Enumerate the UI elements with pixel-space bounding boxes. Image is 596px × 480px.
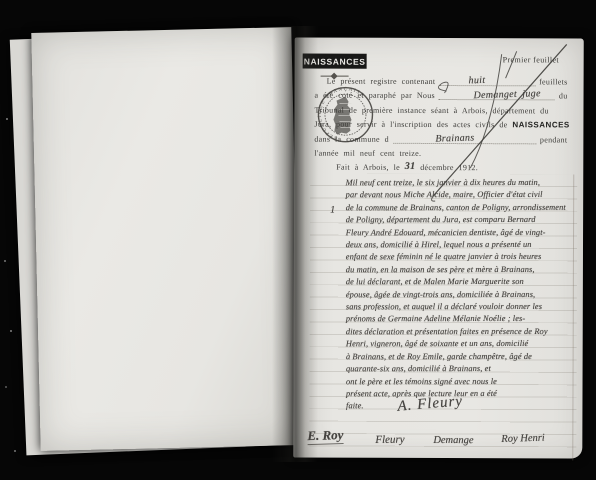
witness-signature-2: Demange (433, 435, 473, 446)
act-body-text: Mil neuf cent treize, le six janvier à d… (346, 177, 575, 413)
act-number: 1 (330, 205, 335, 216)
witness-signature-1: E. Roy (307, 427, 344, 445)
preamble-line-7: Fait à Arbois, le 31 décembre 1912. (314, 164, 567, 173)
preamble-text: a été coté et paraphé par Nous (315, 91, 435, 100)
handwritten-judge-signature: Demanget juge (474, 89, 542, 102)
preamble-text: décembre 1912. (420, 163, 478, 172)
preamble-line-5: dans la commune d Brainans pendant (314, 135, 567, 144)
act-text-line: deux ans, domicilié à Hirel, lequel nous… (346, 239, 575, 252)
act-text-line: sans profession, et auquel il a déclaré … (346, 301, 575, 314)
handwritten-day-number: 31 (405, 161, 416, 172)
act-text-line: quarante-six ans, domicilié à Brainans, … (346, 363, 575, 376)
act-text-line: de lui déclarant, et de Malen Marie Marg… (346, 276, 575, 289)
dotted-blank: huit (439, 76, 535, 86)
preamble-text: dans la commune d (314, 134, 389, 143)
signature-row: E. Roy Fleury Demange Roy Henri (293, 427, 582, 454)
preamble-text: Le présent registre contenant (327, 77, 436, 86)
witness-signature-3: Roy Henri (501, 433, 545, 445)
naissances-header-label: NAISSANCES (304, 56, 366, 66)
preamble-text: pendant (540, 135, 567, 144)
register-photo: NAISSANCES RÉPUBLIQUE FRANÇAISE Premier … (0, 0, 596, 480)
preamble-line-4: Jura, pour servir à l'inscription des ac… (314, 121, 567, 130)
preamble-line-6: l'année mil neuf cent treize. (314, 150, 567, 159)
preamble-text: l'année mil neuf cent treize. (314, 149, 421, 158)
act-text-line: enfant de sexe féminin né le quatre janv… (346, 251, 575, 264)
right-register-page: NAISSANCES RÉPUBLIQUE FRANÇAISE Premier … (293, 37, 583, 458)
act-text-line: Henri, vigneron, âgé de soixante et un a… (346, 338, 575, 351)
act-text-line: par devant nous Miche Alcide, maire, Off… (346, 189, 575, 202)
preamble-line-3: Tribunal de première instance séant à Ar… (314, 106, 567, 115)
printed-preamble: Le présent registre contenant huit feuil… (314, 78, 567, 180)
preamble-line-1: Le présent registre contenant huit feuil… (315, 78, 568, 87)
handwritten-folio-count: huit (468, 75, 485, 87)
preamble-text: du (559, 92, 568, 101)
act-text-line: prénoms de Germaine Adeline Mélanie Noél… (346, 313, 575, 326)
preamble-text: Jura, pour servir à l'inscription des ac… (314, 120, 507, 130)
act-text-line: de Poligny, département du Jura, est com… (346, 214, 575, 227)
handwritten-commune-name: Brainans (436, 132, 475, 144)
preamble-text: feuillets (539, 77, 568, 86)
dust-specks (6, 118, 8, 120)
act-text-line: Fleury André Edouard, mécanicien dentist… (346, 227, 575, 240)
act-text-line: épouse, âgée de vingt-trois ans, domicil… (346, 289, 575, 302)
sheet-number-label: Premier feuillet (503, 55, 559, 64)
preamble-line-2: a été coté et paraphé par Nous Demanget … (315, 92, 568, 101)
act-text-line: du matin, en la maison de ses père et mè… (346, 264, 575, 277)
act-text-line: ont le père et les témoins signé avec no… (346, 375, 575, 388)
father-signature: Fleury (375, 434, 404, 446)
act-text-line: de la commune de Brainans, canton de Pol… (346, 202, 575, 215)
act-text-line: Mil neuf cent treize, le six janvier à d… (346, 177, 575, 190)
dotted-blank: Demanget juge (439, 90, 555, 100)
preamble-text: Fait à Arbois, le (336, 163, 400, 172)
naissances-header-box: NAISSANCES (303, 54, 367, 69)
preamble-naissances-bold: NAISSANCES (512, 120, 569, 129)
act-text-line: dites déclaration et présentation faites… (346, 326, 575, 339)
act-text-line: à Brainans, et de Roy Emile, garde champ… (346, 351, 575, 364)
preamble-text: Tribunal de première instance séant à Ar… (314, 105, 548, 115)
dotted-blank: Brainans (393, 133, 536, 143)
left-blank-page (31, 27, 300, 451)
